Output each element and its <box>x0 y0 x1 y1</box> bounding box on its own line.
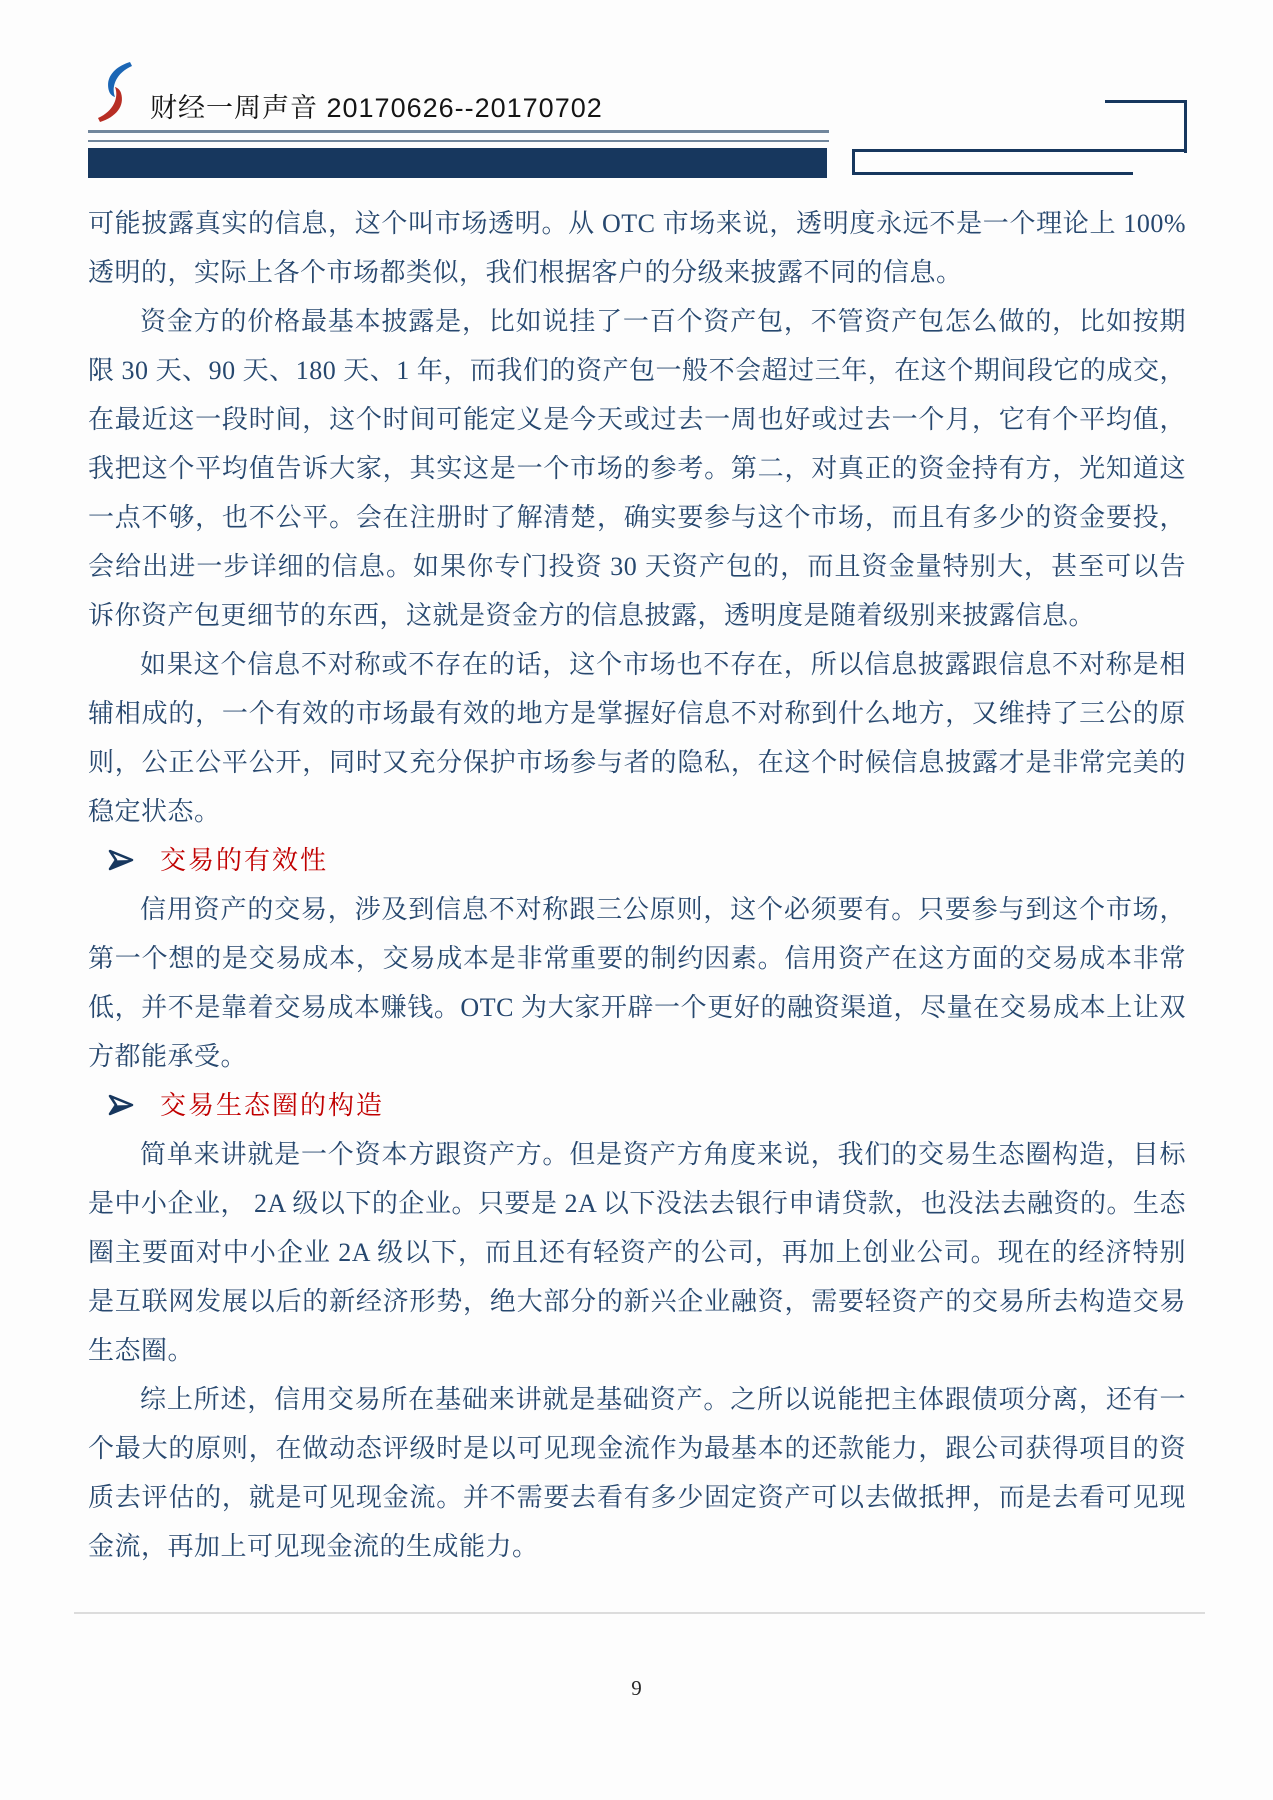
header-decor-line-top <box>852 149 1186 152</box>
section-heading-trade-effectiveness: 交易的有效性 <box>88 836 1186 885</box>
s-swoosh-logo <box>94 60 136 124</box>
report-title: 财经一周声音 20170626--20170702 <box>150 86 603 125</box>
section-heading-trade-ecosystem: 交易生态圈的构造 <box>88 1081 1186 1130</box>
body-paragraph: 简单来讲就是一个资本方跟资产方。但是资产方角度来说，我们的交易生态圈构造，目标是… <box>88 1130 1186 1375</box>
body-paragraph: 资金方的价格最基本披露是，比如说挂了一百个资产包，不管资产包怎么做的，比如按期限… <box>88 297 1186 640</box>
arrowhead-bullet-icon <box>108 849 134 871</box>
document-page: 财经一周声音 20170626--20170702 可能披露真实的信息，这个叫市… <box>0 0 1273 1800</box>
body-paragraph: 如果这个信息不对称或不存在的话，这个市场也不存在，所以信息披露跟信息不对称是相辅… <box>88 640 1186 836</box>
page-number: 9 <box>0 1676 1273 1701</box>
header-navy-bar <box>88 148 827 178</box>
section-heading-text: 交易生态圈的构造 <box>160 1091 384 1120</box>
header-divider <box>88 130 829 142</box>
section-heading-text: 交易的有效性 <box>160 846 328 875</box>
footer-divider <box>74 1612 1205 1614</box>
body-paragraph: 可能披露真实的信息，这个叫市场透明。从 OTC 市场来说，透明度永远不是一个理论… <box>88 199 1186 297</box>
body-paragraph: 综上所述，信用交易所在基础来讲就是基础资产。之所以说能把主体跟债项分离，还有一个… <box>88 1375 1186 1571</box>
header-decor-line-bottom <box>852 172 1133 175</box>
header-decor-bracket <box>1105 100 1187 153</box>
body-text: 可能披露真实的信息，这个叫市场透明。从 OTC 市场来说，透明度永远不是一个理论… <box>88 199 1186 1571</box>
arrowhead-bullet-icon <box>108 1094 134 1116</box>
body-paragraph: 信用资产的交易，涉及到信息不对称跟三公原则，这个必须要有。只要参与到这个市场，第… <box>88 885 1186 1081</box>
